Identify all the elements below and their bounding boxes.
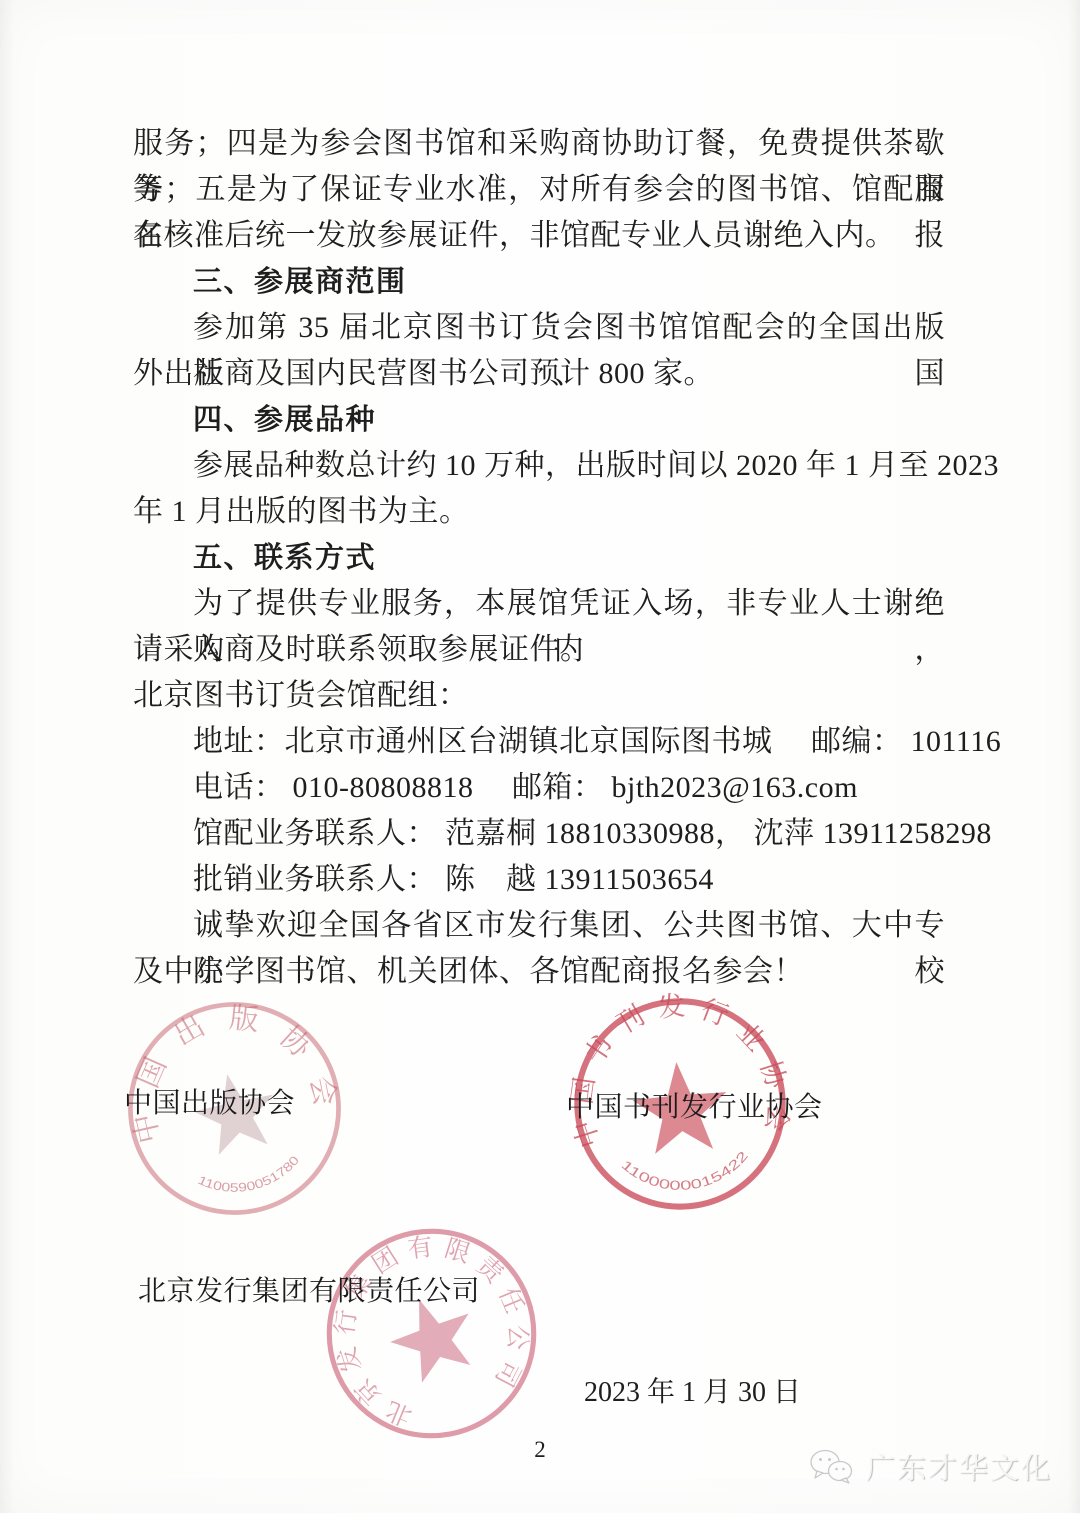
doc-line: 名核准后统一发放参展证件，非馆配专业人员谢绝入内。 xyxy=(133,213,945,259)
contact-phone-line: 电话： 010-80808818 邮箱： bjth2023@163.com xyxy=(133,765,945,811)
contact-person-line: 馆配业务联系人： 范嘉桐 18810330988， 沈萍 13911258298 xyxy=(133,811,945,857)
document-page: 服务；四是为参会图书馆和采购商协助订餐，免费提供茶歇等服 务；五是为了保证专业水… xyxy=(0,0,1080,1513)
watermark: 广东才华文化 xyxy=(808,1446,1052,1487)
contact-address-line: 地址：北京市通州区台湖镇北京国际图书城 邮编： 101116 xyxy=(133,719,945,765)
doc-line: 年 1 月出版的图书为主。 xyxy=(133,489,945,535)
doc-line: 北京图书订货会馆配组： xyxy=(133,673,945,719)
doc-line: 务；五是为了保证专业水准，对所有参会的图书馆、馆配商在报 xyxy=(133,167,945,213)
signature-china-book-distribution-association: 中国书刊发行业协会 xyxy=(566,1092,823,1124)
section-heading-5: 五、联系方式 xyxy=(133,535,945,581)
document-date: 2023 年 1 月 30 日 xyxy=(584,1370,801,1410)
document-body: 服务；四是为参会图书馆和采购商协助订餐，免费提供茶歇等服 务；五是为了保证专业水… xyxy=(133,121,945,995)
doc-line: 为了提供专业服务，本展馆凭证入场，非专业人士谢绝入内， xyxy=(133,581,945,627)
wechat-icon xyxy=(808,1447,856,1487)
doc-line: 参加第 35 届北京图书订货会图书馆馆配会的全国出版社、国 xyxy=(133,305,945,351)
doc-line: 参展品种数总计约 10 万种，出版时间以 2020 年 1 月至 2023 xyxy=(133,443,945,489)
watermark-text: 广东才华文化 xyxy=(866,1446,1052,1487)
doc-line: 诚挚欢迎全国各省区市发行集团、公共图书馆、大中专院校 xyxy=(133,903,945,949)
contact-person-line: 批销业务联系人： 陈 越 13911503654 xyxy=(133,857,945,903)
signature-china-publishers-association: 中国出版协会 xyxy=(124,1088,295,1120)
section-heading-4: 四、参展品种 xyxy=(133,397,945,443)
signature-beijing-publishing-group: 北京发行集团有限责任公司 xyxy=(138,1276,480,1308)
doc-line: 服务；四是为参会图书馆和采购商协助订餐，免费提供茶歇等服 xyxy=(133,121,945,167)
seal-beijing-publishing-group: 北京发行集团有限责任公司 xyxy=(320,1222,543,1445)
section-heading-3: 三、参展商范围 xyxy=(133,259,945,305)
